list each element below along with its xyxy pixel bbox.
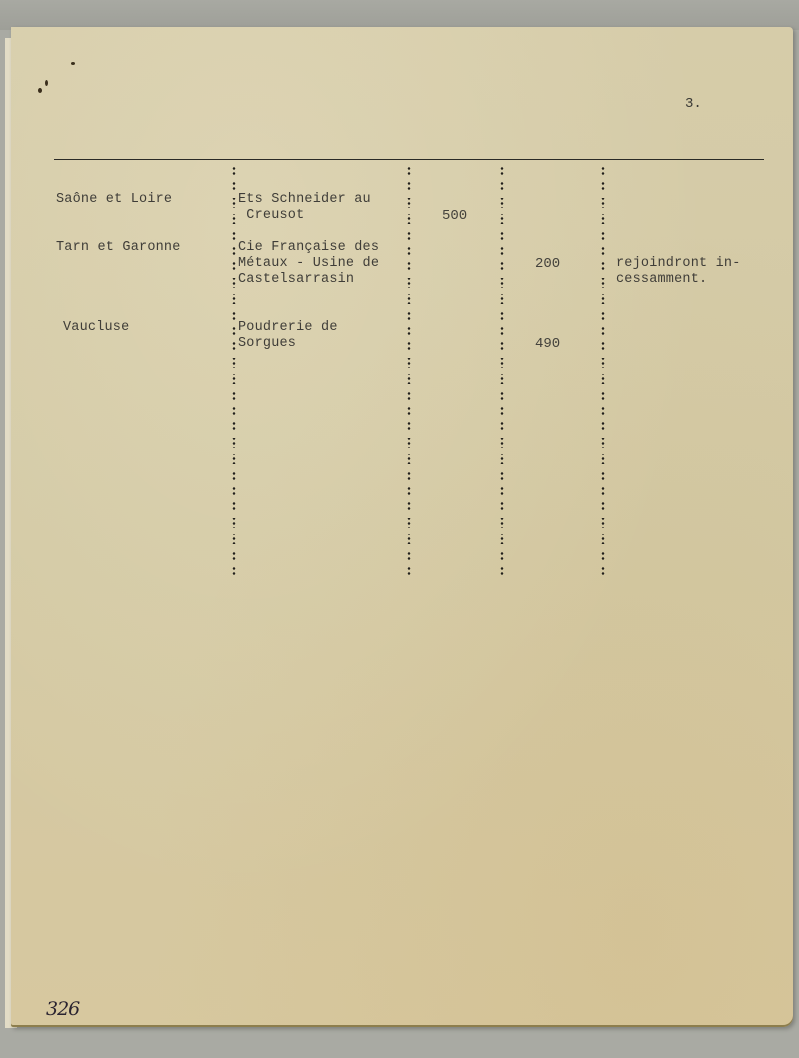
column-separator — [232, 166, 236, 576]
remarks-line: rejoindront in- — [616, 256, 741, 273]
department-cell: Saône et Loire — [56, 192, 172, 209]
establishment-line: Castelsarrasin — [238, 272, 354, 289]
establishment-line: Sorgues — [238, 336, 296, 353]
staple-hole-mark — [71, 62, 75, 65]
establishment-line: Ets Schneider au — [238, 192, 371, 209]
background-surface — [0, 0, 799, 30]
establishment-line: Poudrerie de — [238, 320, 338, 337]
page-number: 3. — [685, 96, 702, 112]
document-page — [11, 27, 793, 1027]
quantity-cell: 490 — [535, 336, 560, 352]
establishment-line: Cie Française des — [238, 240, 379, 257]
department-cell: Vaucluse — [63, 320, 129, 337]
quantity-cell: 200 — [535, 256, 560, 272]
establishment-line: Creusot — [238, 208, 304, 225]
department-cell: Tarn et Garonne — [56, 240, 181, 257]
staple-hole-mark — [45, 80, 48, 86]
column-separator — [500, 166, 504, 576]
column-separator — [407, 166, 411, 576]
establishment-line: Métaux - Usine de — [238, 256, 379, 273]
staple-hole-mark — [38, 88, 42, 93]
remarks-line: cessamment. — [616, 272, 707, 289]
table-header-rule — [54, 159, 764, 160]
archive-number: 326 — [46, 998, 79, 1020]
column-separator — [601, 166, 605, 576]
quantity-cell: 500 — [442, 208, 467, 224]
